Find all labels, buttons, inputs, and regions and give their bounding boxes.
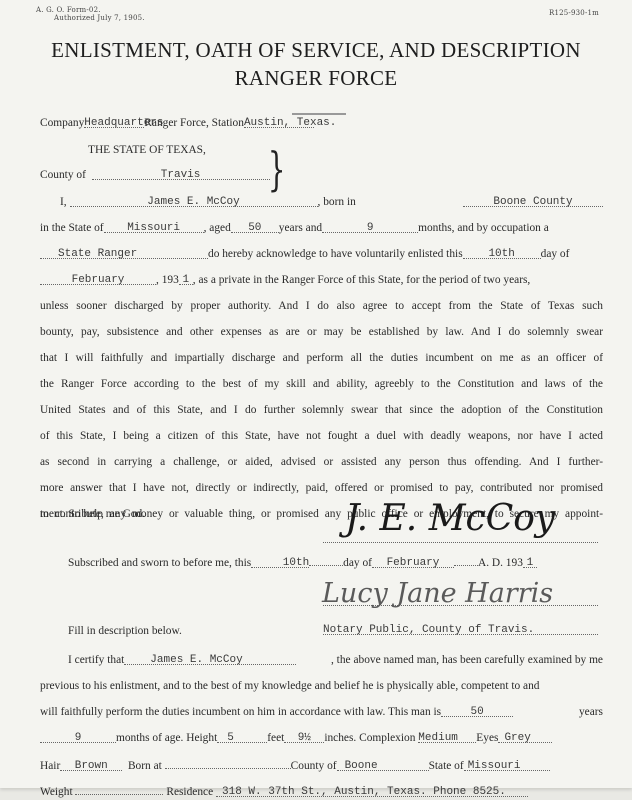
- enlist-day-field[interactable]: 10th: [488, 248, 514, 260]
- oath-body-line: that I will faithfully and impartially d…: [40, 352, 603, 368]
- birth-county-field[interactable]: Boone: [337, 760, 378, 772]
- enlistee-signature-line: [323, 542, 598, 543]
- station-field[interactable]: Austin, Texas.: [244, 117, 336, 129]
- certify-line: I certify thatJames E. McCoy , the above…: [40, 654, 603, 666]
- enlistment-form-page: A. G. O. Form-02. Authorized July 7, 190…: [0, 0, 632, 788]
- oath-body-line: of this State, I being a citizen of this…: [40, 430, 603, 446]
- brace-glyph: }: [268, 142, 286, 196]
- enlistee-signature: J. E. McCoy: [345, 498, 555, 539]
- county-field[interactable]: Travis: [161, 169, 201, 181]
- description-line-2: previous to his enlistment, and to the b…: [40, 680, 540, 692]
- birthplace-field[interactable]: Boone County: [493, 196, 572, 208]
- state-field[interactable]: Missouri: [127, 222, 180, 234]
- hair-field[interactable]: Brown: [75, 760, 108, 772]
- occupation-field[interactable]: State Ranger: [40, 248, 137, 260]
- oath-line-3: State Rangerdo hereby acknowledge to hav…: [40, 248, 569, 260]
- state-of-texas-label: THE STATE OF TEXAS,: [88, 144, 206, 156]
- oath-body-line: the Ranger Force according to the best o…: [40, 378, 603, 394]
- description-line-5: HairBrown Born at County ofBooneState of…: [40, 758, 550, 772]
- form-title: ENLISTMENT, OATH OF SERVICE, AND DESCRIP…: [0, 38, 632, 63]
- print-code: R125-930-1m: [549, 9, 599, 17]
- complexion-field[interactable]: Medium: [418, 732, 458, 744]
- enlist-month-field[interactable]: February: [72, 274, 125, 286]
- title-divider: [292, 113, 346, 115]
- notary-signature: Lucy Jane Harris: [322, 578, 553, 609]
- jurat-month-field[interactable]: February: [387, 557, 440, 569]
- residence-field[interactable]: 318 W. 37th St., Austin, Texas. Phone 85…: [216, 786, 506, 798]
- form-number: A. G. O. Form-02.: [36, 6, 101, 14]
- jurat-day-field[interactable]: 10th: [283, 557, 309, 569]
- notary-title-line: Notary Public, County of Travis.: [323, 624, 598, 636]
- form-subtitle: RANGER FORCE: [0, 66, 632, 91]
- description-line-3: will faithfully perform the duties incum…: [40, 706, 603, 718]
- oath-body-line: United States and of this State, and I d…: [40, 404, 603, 420]
- desc-age-years-field[interactable]: 50: [471, 706, 484, 718]
- enlistee-name-field[interactable]: James E. McCoy: [147, 196, 239, 208]
- description-line-6: Weight Residence 318 W. 37th St., Austin…: [40, 784, 528, 798]
- company-line: CompanyHeadquartersRanger Force, Station…: [40, 117, 314, 129]
- eyes-field[interactable]: Grey: [498, 732, 530, 744]
- birth-state-field[interactable]: Missouri: [464, 760, 521, 772]
- age-years-field[interactable]: 50: [248, 222, 261, 234]
- desc-age-months-field[interactable]: 9: [75, 732, 82, 744]
- height-feet-field[interactable]: 5: [217, 732, 234, 744]
- height-inches-field[interactable]: 9½: [298, 732, 311, 744]
- jurat-line: Subscribed and sworn to before me, this1…: [68, 555, 537, 569]
- oath-body-line: bounty, pay, subsistence and other expen…: [40, 326, 603, 342]
- oath-line-4: February, 1931, as a private in the Rang…: [40, 274, 530, 286]
- oath-body-line: as second in carrying a challenge, or ai…: [40, 456, 603, 472]
- fill-in-label: Fill in description below.: [68, 625, 182, 637]
- description-line-4: 9months of age. Height5feet9½inches. Com…: [40, 732, 552, 744]
- oath-body-line: unless sooner discharged by proper autho…: [40, 300, 603, 316]
- county-line: County of Travis: [40, 169, 270, 181]
- age-months-field[interactable]: 9: [367, 222, 374, 234]
- authorized-date: Authorized July 7, 1905.: [54, 14, 145, 22]
- notary-title: Notary Public, County of Travis.: [323, 624, 534, 636]
- closing-line: ment. So help me God.: [40, 508, 145, 520]
- oath-line-2: in the State ofMissouri, aged50years and…: [40, 222, 549, 234]
- enlist-year-field[interactable]: 1: [182, 274, 189, 286]
- company-field[interactable]: Headquarters: [84, 117, 163, 129]
- jurat-year-field[interactable]: 1: [527, 557, 534, 569]
- certify-name-field[interactable]: James E. McCoy: [124, 654, 242, 666]
- oath-body-line: more answer that I have not, directly or…: [40, 482, 603, 498]
- oath-line-1: I, James E. McCoy, born in Boone County: [40, 196, 603, 208]
